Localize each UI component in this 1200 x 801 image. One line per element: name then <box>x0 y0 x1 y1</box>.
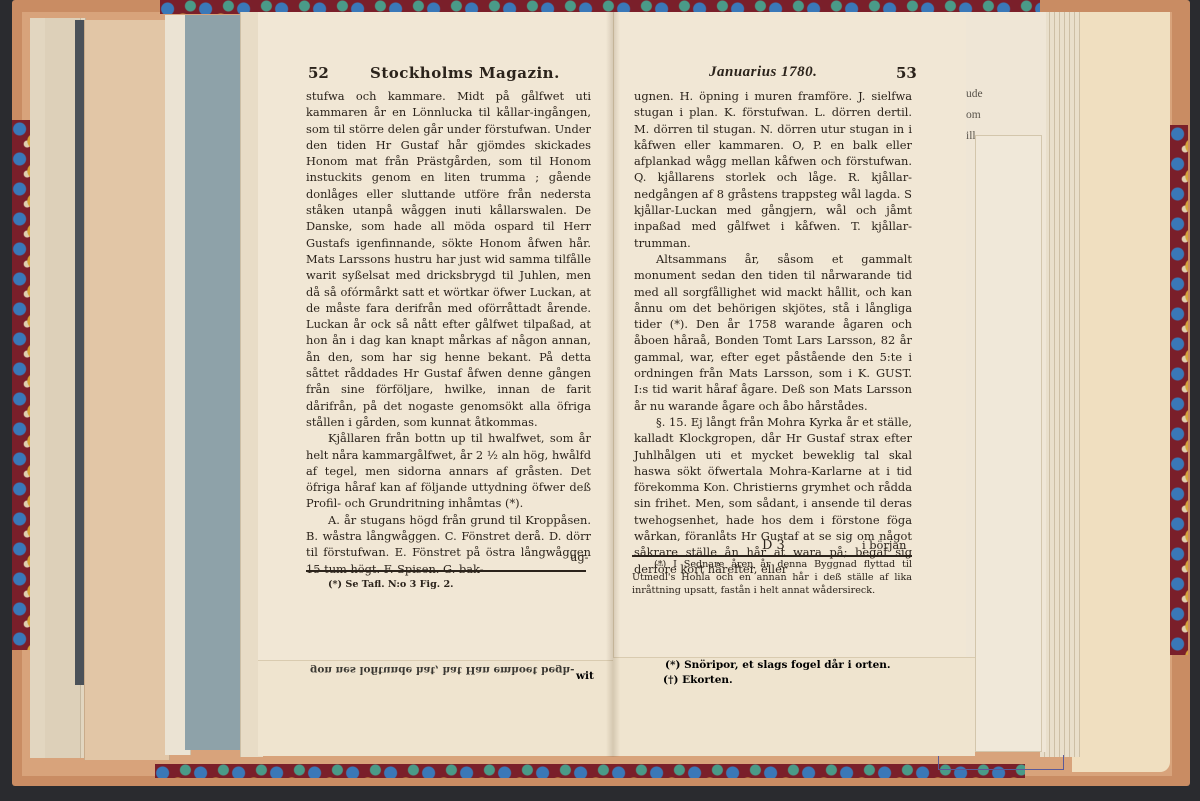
bleed-through-word: wit <box>576 669 594 683</box>
book-spine-gutter <box>606 12 620 757</box>
catchword: i början <box>862 538 907 552</box>
under-note-2: (†) Ekorten. <box>663 673 733 687</box>
rear-endpaper <box>1072 12 1170 772</box>
footnote-rule <box>632 555 912 557</box>
under-note-1: (*) Snöripor, et slags fogel dår i orten… <box>665 658 891 672</box>
left-page-body: stufwa och kammare. Midt på gålfwet uti … <box>306 88 591 577</box>
signature-mark: D 3 <box>762 538 785 553</box>
right-page-body: ugnen. H. öpning i muren framföre. J. si… <box>634 88 912 577</box>
left-folded-leaf: gon nes lofitunde hat, hat Han emhoet be… <box>258 660 613 756</box>
right-page: Januarius 1780. 53 ugnen. H. öpning i mu… <box>613 12 966 657</box>
right-page-header: Januarius 1780. 53 <box>614 64 966 88</box>
edge-fragment-line: ude <box>966 84 983 105</box>
marbled-paper-right <box>1170 125 1188 655</box>
footnote: (*) I Sednare åren år denna Byggnad flyt… <box>632 558 912 597</box>
footnote: (*) Se Tafl. N:o 3 Fig. 2. <box>328 578 453 591</box>
paragraph: Altsammans år, såsom et gammalt monument… <box>634 251 912 414</box>
left-page-header: 52 Stockholms Magazin. <box>258 64 613 88</box>
footnote-rule <box>306 570 586 572</box>
running-head: Januarius 1780. <box>709 64 817 81</box>
page-number: 52 <box>308 64 329 82</box>
page-number: 53 <box>896 64 917 82</box>
running-head: Stockholms Magazin. <box>370 64 560 82</box>
paragraph: Kjållaren från bottn up til hwalfwet, so… <box>306 430 591 511</box>
right-folded-leaf: (*) Snöripor, et slags fogel dår i orten… <box>613 657 975 756</box>
right-inner-leaf <box>975 135 1042 752</box>
marbled-paper-bottom <box>155 764 1025 778</box>
blue-paper-wrapper <box>185 15 242 750</box>
right-page-edges <box>1040 12 1080 757</box>
edge-fragment-line: om <box>966 105 983 126</box>
tan-flyleaf <box>84 20 170 760</box>
library-stamp <box>938 755 1064 770</box>
catchword: ug- <box>570 550 588 564</box>
paragraph: stufwa och kammare. Midt på gålfwet uti … <box>306 88 591 430</box>
paragraph: A. år stugans högd från grund til Kroppå… <box>306 512 591 577</box>
bleed-through-line: gon nes lofitunde hat, hat Han emhoet be… <box>310 663 610 677</box>
paragraph: ugnen. H. öpning i muren framföre. J. si… <box>634 88 912 251</box>
marbled-paper-left <box>12 120 30 650</box>
left-page: 52 Stockholms Magazin. stufwa och kammar… <box>258 12 613 660</box>
